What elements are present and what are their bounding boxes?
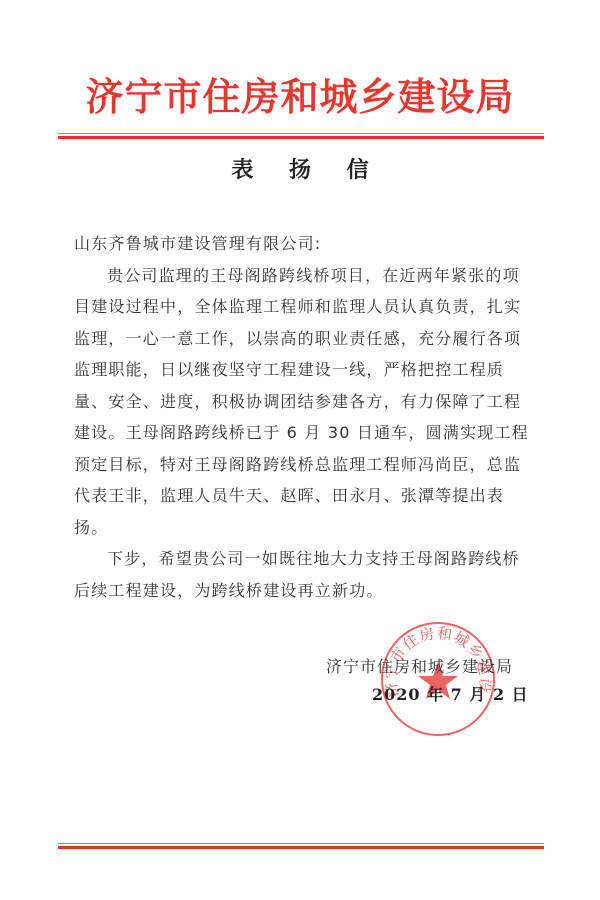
seal-star-icon: 济宁市住房和城乡建设局: [383, 624, 493, 734]
footer-red-rule: [58, 843, 544, 849]
document-page: 济宁市住房和城乡建设局 表 扬 信 山东齐鲁城市建设管理有限公司: 贵公司监理的…: [0, 0, 600, 900]
paragraph-closing: 下步，希望贵公司一如既往地大力支持王母阁路跨线桥后续工程建设，为跨线桥建设再立新…: [74, 543, 534, 606]
signature-organization: 济宁市住房和城乡建设局: [326, 655, 556, 679]
letter-title: 表 扬 信: [0, 155, 600, 185]
paragraph-praise: 贵公司监理的王母阁路跨线桥项目，在近两年紧张的项目建设过程中，全体监理工程师和监…: [74, 260, 534, 544]
letterhead-organization: 济宁市住房和城乡建设局: [0, 72, 600, 122]
salutation: 山东齐鲁城市建设管理有限公司:: [74, 228, 534, 260]
signature-date: 2020 年 7 月 2 日: [372, 683, 572, 707]
letterhead-red-rule: [58, 133, 544, 139]
letter-body: 山东齐鲁城市建设管理有限公司: 贵公司监理的王母阁路跨线桥项目，在近两年紧张的项…: [74, 228, 534, 606]
official-seal-stamp: 济宁市住房和城乡建设局: [381, 622, 495, 736]
